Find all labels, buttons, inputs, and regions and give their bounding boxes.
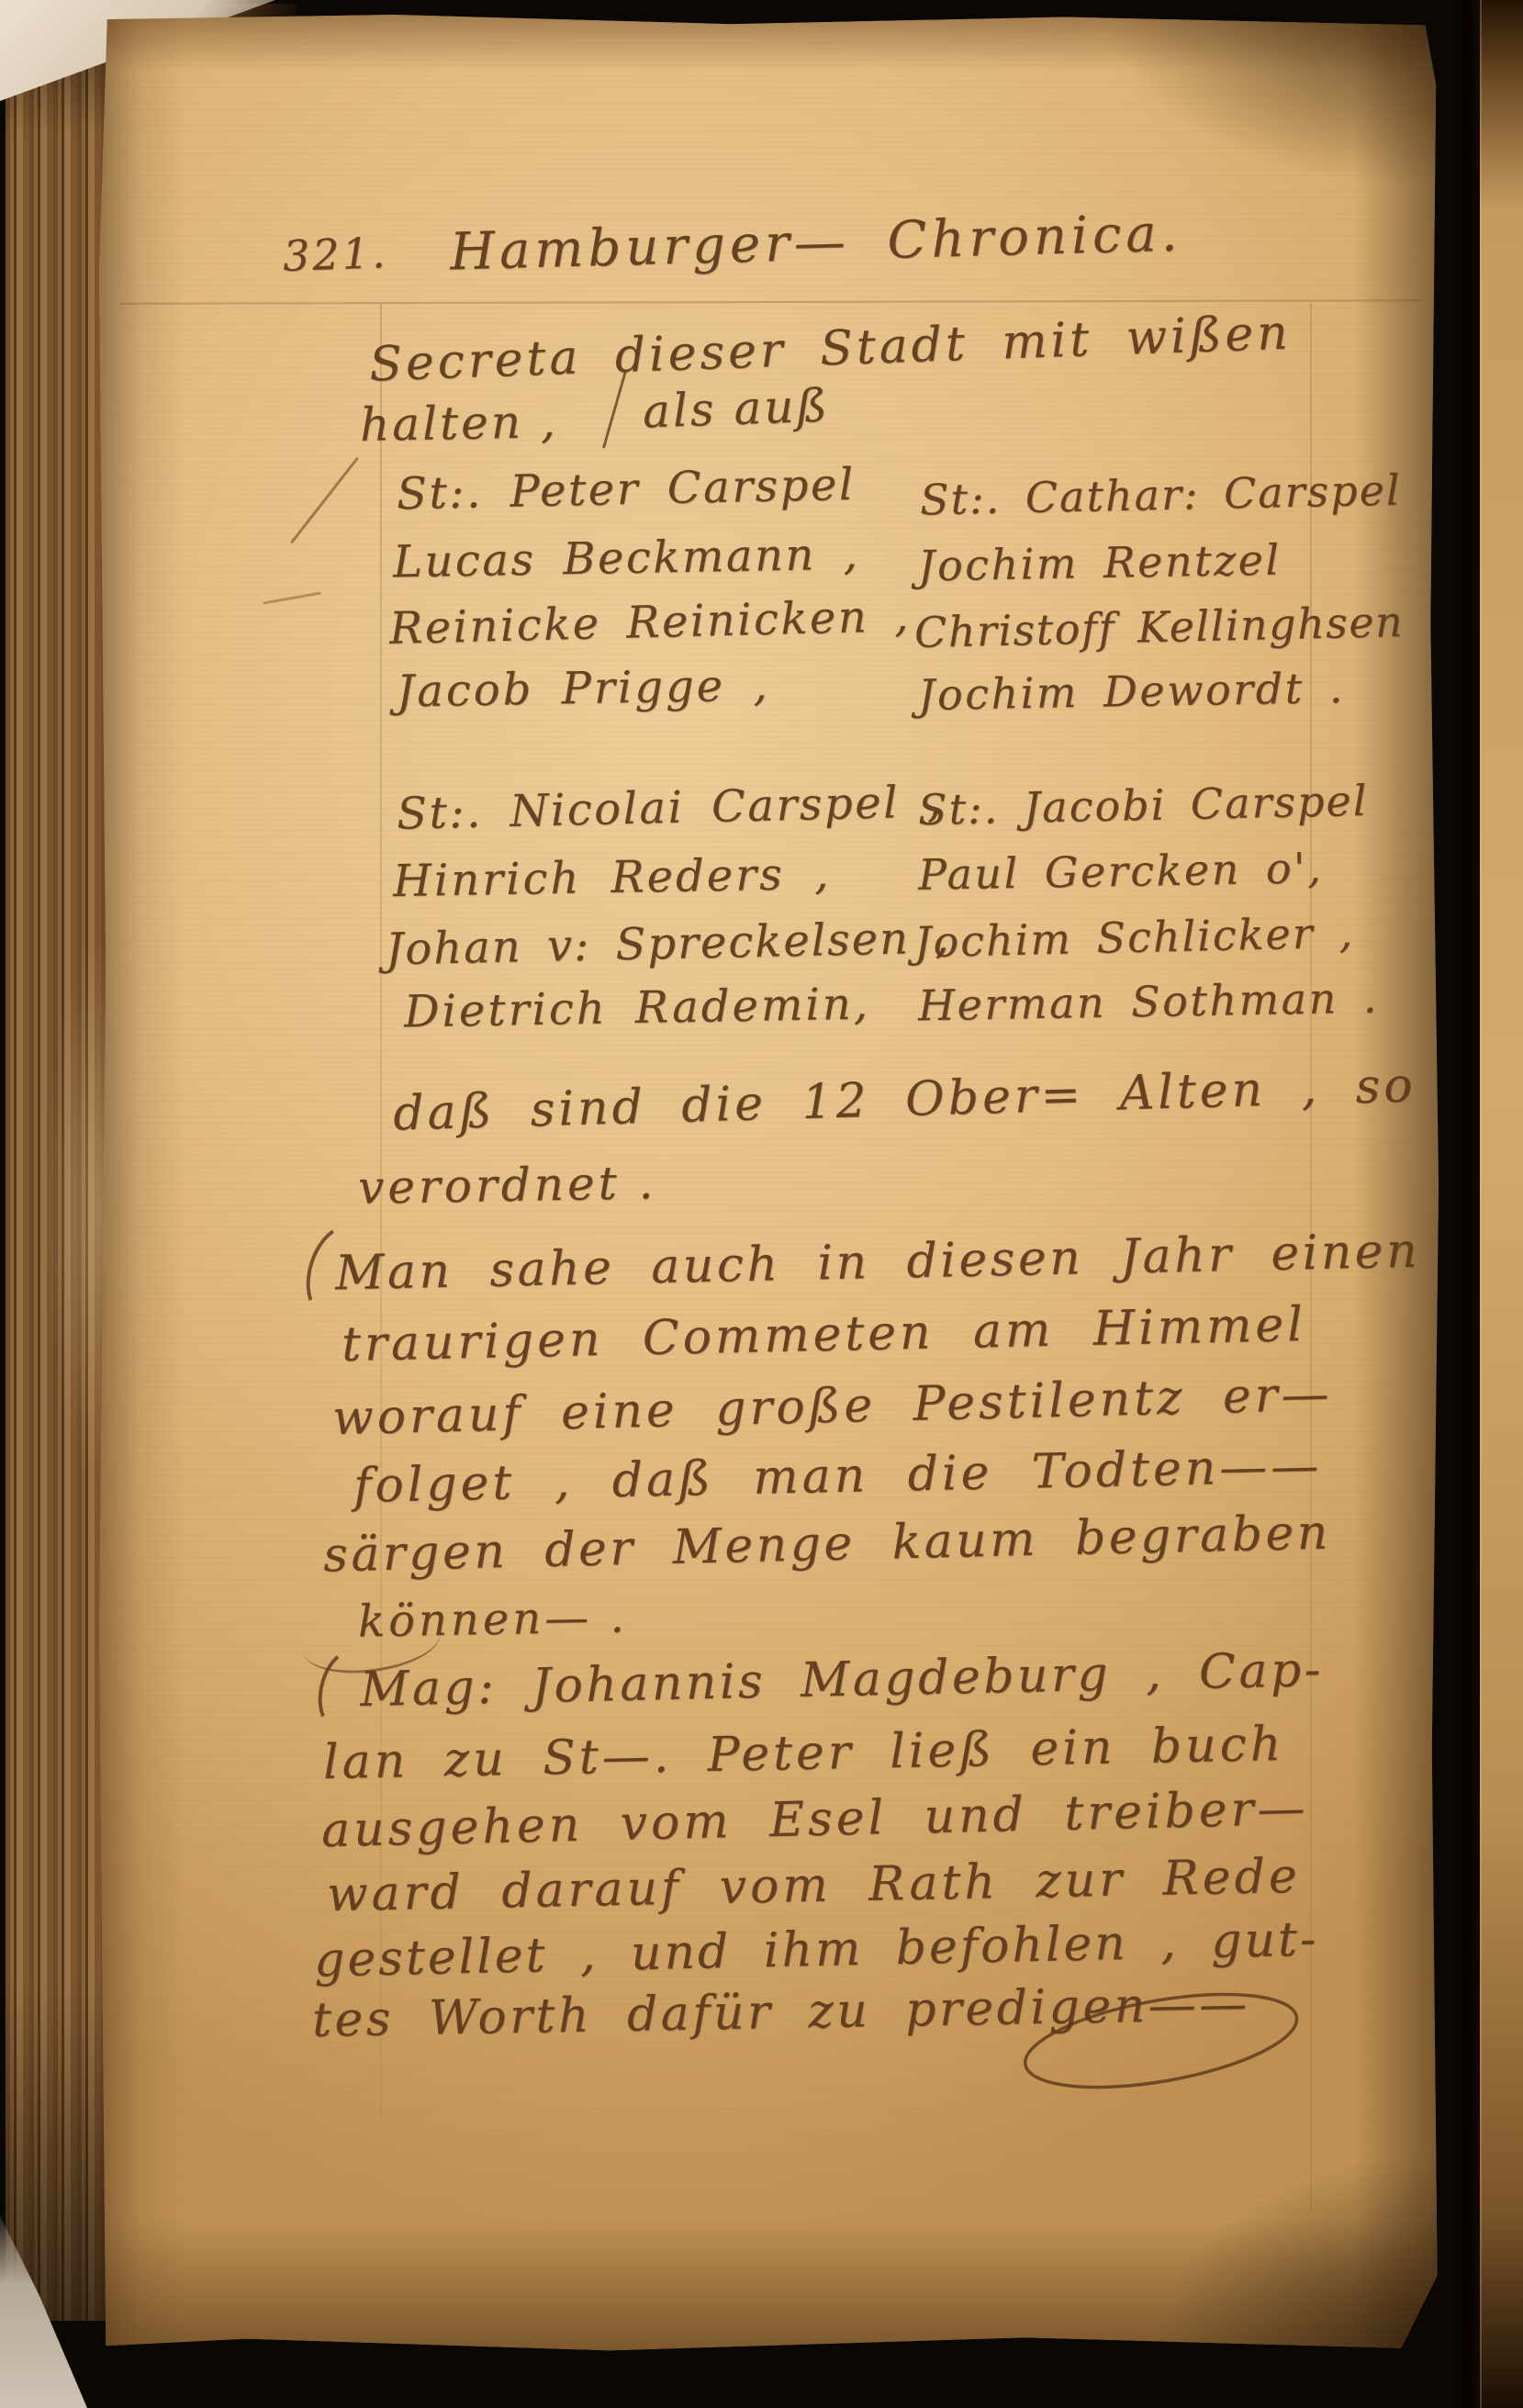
parish-member: Dietrich Rademin,	[404, 979, 871, 1038]
next-page-edge	[1480, 0, 1523, 2408]
parish-member: Lucas Beckmann ,	[393, 529, 860, 588]
parish-member: Jochim Dewordt .	[918, 663, 1346, 720]
page-edge-shadow-gap	[1438, 0, 1484, 2408]
parish-member: Jochim Schlicker ,	[913, 908, 1354, 968]
parish-heading: St:. Jacobi Carspel	[917, 776, 1368, 834]
parish-heading: St:. Cathar: Carspel	[919, 465, 1402, 525]
intro-line-2-left: halten ,	[360, 395, 559, 452]
parish-heading: St:. Peter Carspel	[396, 459, 856, 520]
parish-member: Hinrich Reders ,	[393, 848, 832, 907]
oberalten-line-2: verordnet .	[358, 1156, 657, 1215]
parish-member: Jacob Prigge ,	[397, 659, 771, 717]
parish-member: Jochim Rentzel	[918, 535, 1282, 591]
intro-line-2-right: als auß	[642, 378, 831, 438]
parish-member: Herman Sothman .	[918, 973, 1380, 1031]
manuscript-photo: 321. Hamburger— Chronica. Secreta dieser…	[0, 0, 1523, 2408]
parish-member: Paul Gercken o',	[918, 843, 1324, 900]
book-binding-page-edges	[6, 7, 116, 2321]
page-number: 321.	[282, 228, 388, 281]
